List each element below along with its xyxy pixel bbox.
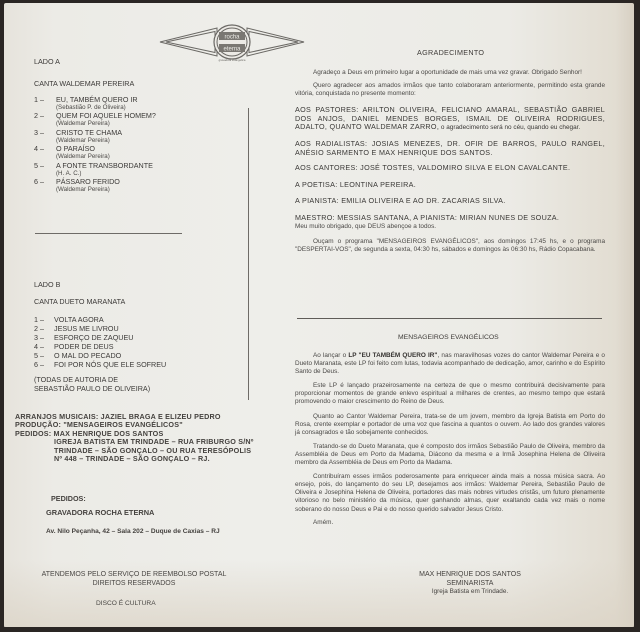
amen-line: Amém. (295, 519, 605, 527)
track-author: (Waldemar Pereira) (34, 120, 244, 127)
track-number: 5 – (34, 161, 56, 170)
track-item: 1 –EU, TAMBÉM QUERO IR (Sebastião P. de … (34, 95, 244, 111)
track-number: 3 – (34, 128, 56, 137)
thanks-line: Meu muito obrigado, que DEUS abençoe a t… (295, 223, 605, 231)
pianist-paragraph: A PIANISTA: EMILIA OLIVEIRA E AO DR. ZAC… (295, 197, 605, 206)
track-number: 2 – (34, 111, 56, 120)
track-item: 1 –VOLTA AGORA (34, 315, 244, 324)
postal-service-note: ATENDEMOS PELO SERVIÇO DE REEMBOLSO POST… (29, 571, 239, 580)
track-number: 4 – (34, 342, 54, 351)
motto: DISCO É CULTURA (96, 600, 156, 607)
track-title: PODER DE DEUS (54, 342, 114, 351)
ack-title: AGRADECIMENTO (417, 48, 484, 57)
ack-paragraph: Agradeço a Deus em primeiro lugar a opor… (295, 69, 605, 77)
divider-line (35, 233, 182, 234)
pastors-tail: o agradecimento será no céu, quando eu c… (439, 124, 580, 131)
credits-block: ARRANJOS MUSICAIS: JAZIEL BRAGA E ELIZEU… (15, 413, 254, 463)
svg-text:eterna: eterna (223, 47, 241, 53)
footer-block: ATENDEMOS PELO SERVIÇO DE REEMBOLSO POST… (29, 571, 239, 588)
column-divider (248, 108, 249, 400)
track-number: 2 – (34, 324, 54, 333)
radio-program-paragraph: Ouçam o programa "MENSAGEIROS EVANGÉLICO… (295, 238, 605, 254)
track-number: 6 – (34, 177, 56, 186)
track-author: (Waldemar Pereira) (34, 137, 244, 144)
messengers-paragraph: Contribuíram esses irmãos poderosamente … (295, 473, 605, 513)
text-span: Ao lançar o (313, 352, 348, 359)
messengers-paragraph: Ao lançar o LP "EU TAMBÉM QUERO IR", nas… (295, 352, 605, 376)
svg-text:rocha: rocha (224, 35, 240, 41)
poet-paragraph: A POETISA: LEONTINA PEREIRA. (295, 181, 605, 190)
track-item: 6 –FOI POR NÓS QUE ELE SOFREU (34, 360, 244, 369)
track-item: 4 –O PARAÍSO (Waldemar Pereira) (34, 144, 244, 160)
ack-paragraph: Quero agradecer aos amados irmãos que ta… (295, 82, 605, 98)
track-item: 4 –PODER DE DEUS (34, 342, 244, 351)
singers-paragraph: AOS CANTORES: JOSÉ TOSTES, VALDOMIRO SIL… (295, 164, 605, 173)
track-title: QUEM FOI AQUELE HOMEM? (56, 111, 156, 120)
messengers-paragraph: Quanto ao Cantor Waldemar Pereira, trata… (295, 413, 605, 437)
messengers-paragraph: Este LP é lançado prazeirosamente na cer… (295, 382, 605, 406)
track-title: PÁSSARO FERIDO (56, 177, 120, 186)
label-company: GRAVADORA ROCHA ETERNA (46, 508, 154, 517)
side-b-tracklist: 1 –VOLTA AGORA 2 –JESUS ME LIVROU 3 –ESF… (34, 315, 244, 369)
track-title: VOLTA AGORA (54, 315, 104, 324)
signature-block: MAX HENRIQUE DOS SANTOS SEMINARISTA Igre… (380, 571, 560, 596)
track-number: 5 – (34, 351, 54, 360)
maestro-paragraph: MAESTRO: MESSIAS SANTANA, A PIANISTA: MI… (295, 214, 605, 223)
label-address: Av. Nilo Peçanha, 42 – Sala 202 – Duque … (46, 528, 220, 535)
track-author: (Sebastião P. de Oliveira) (34, 104, 244, 111)
side-a-artist: CANTA WALDEMAR PEREIRA (34, 79, 134, 88)
track-item: 5 –O MAL DO PECADO (34, 351, 244, 360)
track-title: O MAL DO PECADO (54, 351, 121, 360)
orders-heading: PEDIDOS: (51, 494, 86, 503)
album-title: LP "EU TAMBÉM QUERO IR" (348, 352, 437, 359)
messengers-paragraph: Tratando-se do Dueto Maranata, que é com… (295, 443, 605, 467)
track-author: (Waldemar Pereira) (34, 186, 244, 193)
authorship-line: SEBASTIÃO PAULO DE OLIVEIRA) (34, 384, 150, 393)
track-author: (H. A. C.) (34, 170, 244, 177)
rights-reserved: DIREITOS RESERVADOS (29, 580, 239, 589)
track-title: O PARAÍSO (56, 144, 95, 153)
track-title: EU, TAMBÉM QUERO IR (56, 95, 138, 104)
track-title: CRISTO TE CHAMA (56, 128, 122, 137)
signature-church: Igreja Batista em Trindade. (380, 588, 560, 596)
side-b-artist: CANTA DUETO MARANATA (34, 297, 125, 306)
side-a-tracklist: 1 –EU, TAMBÉM QUERO IR (Sebastião P. de … (34, 95, 244, 193)
track-item: 2 –JESUS ME LIVROU (34, 324, 244, 333)
authorship-note: (TODAS DE AUTORIA DE SEBASTIÃO PAULO DE … (34, 375, 150, 393)
track-title: FOI POR NÓS QUE ELE SOFREU (54, 360, 166, 369)
signature-role: SEMINARISTA (380, 580, 560, 589)
track-title: JESUS ME LIVROU (54, 324, 119, 333)
track-author: (Waldemar Pereira) (34, 153, 244, 160)
pastors-paragraph: AOS PASTORES: ARILTON OLIVEIRA, FELICIAN… (295, 106, 605, 133)
track-item: 3 –CRISTO TE CHAMA (Waldemar Pereira) (34, 128, 244, 144)
messengers-body: Ao lançar o LP "EU TAMBÉM QUERO IR", nas… (295, 352, 605, 527)
svg-text:gravadora evangelica: gravadora evangelica (219, 58, 246, 62)
messengers-title: MENSAGEIROS EVANGÉLICOS (398, 334, 499, 341)
track-item: 5 –A FONTE TRANSBORDANTE (H. A. C.) (34, 161, 244, 177)
track-number: 1 – (34, 315, 54, 324)
authorship-line: (TODAS DE AUTORIA DE (34, 375, 150, 384)
rocha-eterna-logo-icon: rocha eterna gravadora evangelica (157, 22, 307, 62)
credit-address: Nº 448 – TRINDADE – SÃO GONÇALO – RJ. (15, 455, 254, 463)
track-title: ESFORÇO DE ZAQUEU (54, 333, 133, 342)
side-a-title: LADO A (34, 57, 60, 66)
divider-line (297, 318, 602, 319)
track-item: 2 –QUEM FOI AQUELE HOMEM? (Waldemar Pere… (34, 111, 244, 127)
radio-paragraph: AOS RADIALISTAS: JOSIAS MENEZES, DR. OFI… (295, 140, 605, 157)
side-b-title: LADO B (34, 280, 60, 289)
ack-body: Agradeço a Deus em primeiro lugar a opor… (295, 69, 605, 254)
track-number: 4 – (34, 144, 56, 153)
track-number: 6 – (34, 360, 54, 369)
track-item: 3 –ESFORÇO DE ZAQUEU (34, 333, 244, 342)
track-number: 1 – (34, 95, 56, 104)
track-title: A FONTE TRANSBORDANTE (56, 161, 153, 170)
track-number: 3 – (34, 333, 54, 342)
signature-name: MAX HENRIQUE DOS SANTOS (380, 571, 560, 580)
track-item: 6 –PÁSSARO FERIDO (Waldemar Pereira) (34, 177, 244, 193)
